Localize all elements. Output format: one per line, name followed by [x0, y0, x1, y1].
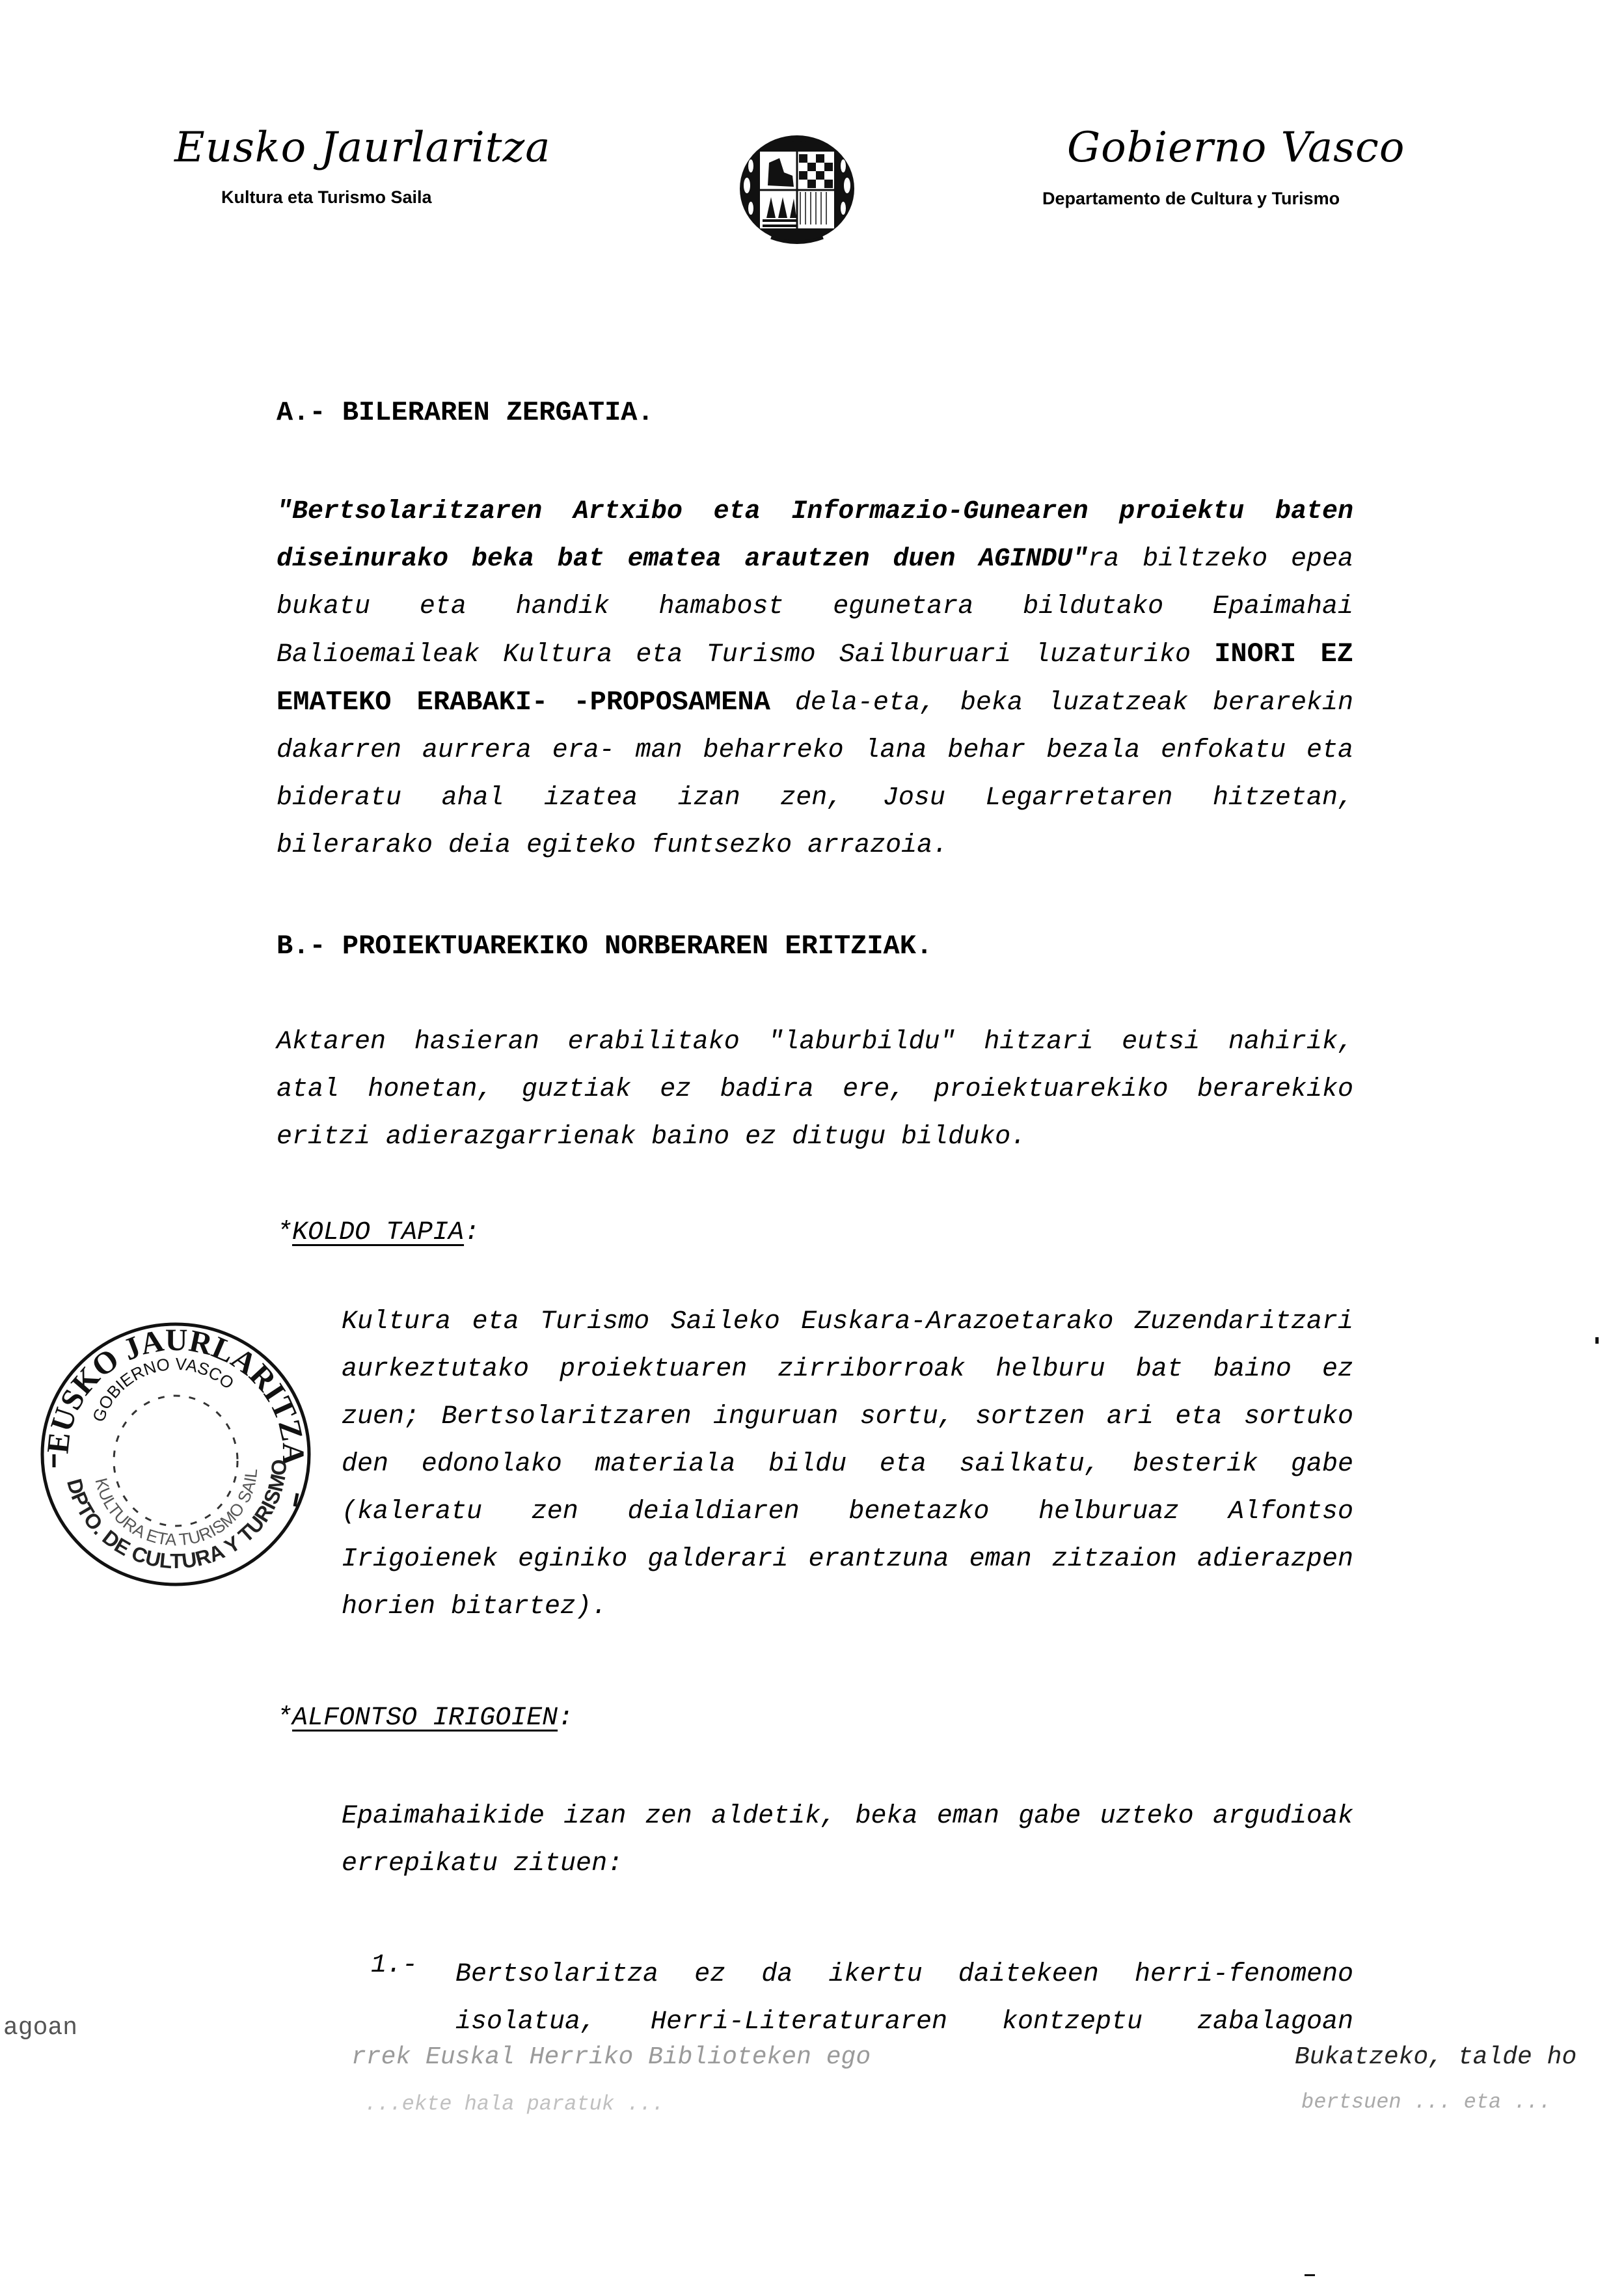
bleed-through-right: Bukatzeko, talde ho	[1295, 2043, 1577, 2071]
bleed-through-bottom-right: bertsuen ... eta ...	[1301, 2090, 1551, 2114]
section-a-heading: A.- BILERAREN ZERGATIA.	[277, 397, 654, 428]
scan-speck	[1595, 1337, 1599, 1344]
speaker-alfontso-irigoien: *ALFONTSO IRIGOIEN:	[277, 1704, 573, 1733]
speaker-alfontso-irigoien-text: Epaimahaikide izan zen aldetik, beka ema…	[342, 1793, 1353, 1888]
list-item-line-1: Bertsolaritza ez da ikertu daitekeen her…	[455, 1951, 1353, 1998]
basque-coat-of-arms-icon	[735, 127, 859, 247]
list-item-line-2: isolatua, Herri-Literaturaren kontzeptu …	[455, 1998, 1353, 2046]
letterhead-left-subtitle: Kultura eta Turismo Saila	[221, 187, 432, 208]
section-b-intro: Aktaren hasieran erabilitako "laburbildu…	[277, 1018, 1353, 1161]
list-item-number: 1.-	[371, 1951, 418, 1980]
official-stamp: EUSKO JAURLARITZA GOBIERNO VASCO KULTURA…	[29, 1311, 322, 1597]
bleed-through-middle: rrek Euskal Herriko Biblioteken ego	[351, 2043, 871, 2071]
section-b-heading: B.- PROIEKTUAREKIKO NORBERAREN ERITZIAK.	[277, 930, 932, 962]
speaker-koldo-tapia-text: Kultura eta Turismo Saileko Euskara-Araz…	[342, 1298, 1353, 1631]
speaker-koldo-tapia: *KOLDO TAPIA:	[277, 1218, 480, 1247]
svg-text:EUSKO JAURLARITZA: EUSKO JAURLARITZA	[40, 1323, 310, 1465]
bleed-through-left: agoan	[3, 2014, 77, 2042]
letterhead-right-subtitle: Departamento de Cultura y Turismo	[1042, 189, 1340, 209]
scan-speck	[1305, 2274, 1315, 2276]
letterhead-right-title: Gobierno Vasco	[1067, 124, 1405, 172]
bleed-through-bottom-middle: ...ekte hala paratuk ...	[364, 2092, 664, 2116]
letterhead-left-title: Eusko Jaurlaritza	[174, 124, 550, 172]
section-a-paragraph: "Bertsolaritzaren Artxibo eta Informazio…	[277, 488, 1353, 869]
